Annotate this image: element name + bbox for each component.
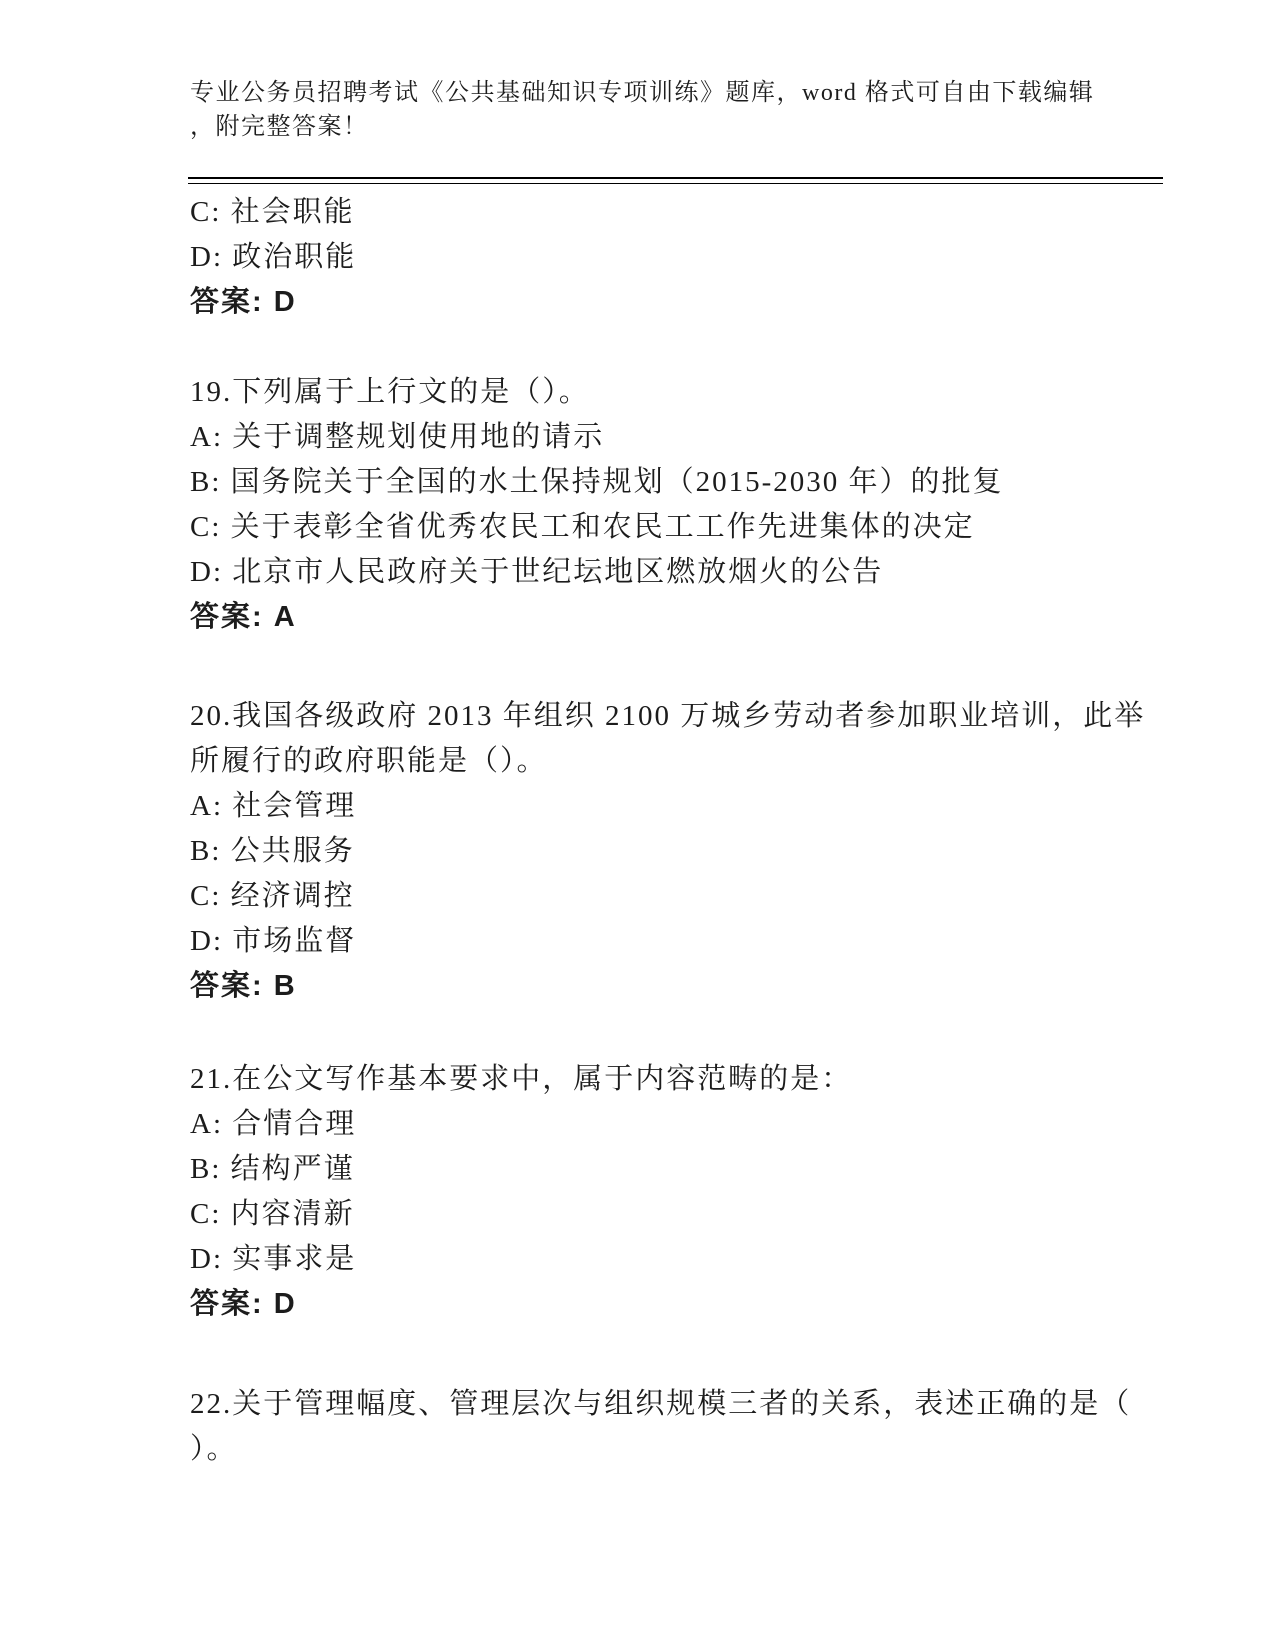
question-19-stem: 19.下列属于上行文的是（）。 [190, 370, 1165, 415]
question-20-stem-line-1: 20.我国各级政府 2013 年组织 2100 万城乡劳动者参加职业培训，此举 [190, 694, 1165, 739]
question-20-option-a: A: 社会管理 [190, 784, 1165, 829]
header-line-2: ，附完整答案！ [190, 110, 1120, 144]
question-19-block: 19.下列属于上行文的是（）。 A: 关于调整规划使用地的请示 B: 国务院关于… [190, 370, 1165, 640]
question-20-stem-line-2: 所履行的政府职能是（）。 [190, 739, 1165, 784]
question-19-option-d: D: 北京市人民政府关于世纪坛地区燃放烟火的公告 [190, 550, 1165, 595]
question-20-block: 20.我国各级政府 2013 年组织 2100 万城乡劳动者参加职业培训，此举 … [190, 694, 1165, 1009]
question-20-answer: 答案: B [190, 964, 1165, 1009]
question-21-option-d: D: 实事求是 [190, 1237, 1165, 1282]
header-divider-rule [188, 177, 1163, 184]
question-21-option-c: C: 内容清新 [190, 1192, 1165, 1237]
question-22-stem-line-1: 22.关于管理幅度、管理层次与组织规模三者的关系，表述正确的是（ [190, 1382, 1165, 1427]
question-22-block: 22.关于管理幅度、管理层次与组织规模三者的关系，表述正确的是（ ）。 [190, 1382, 1165, 1472]
question-20-option-d: D: 市场监督 [190, 919, 1165, 964]
question-21-answer: 答案: D [190, 1282, 1165, 1327]
question-18-tail-block: C: 社会职能 D: 政治职能 答案: D [190, 190, 1165, 325]
question-18-option-d: D: 政治职能 [190, 235, 1165, 280]
question-19-option-c: C: 关于表彰全省优秀农民工和农民工工作先进集体的决定 [190, 505, 1165, 550]
question-21-option-a: A: 合情合理 [190, 1102, 1165, 1147]
question-19-option-a: A: 关于调整规划使用地的请示 [190, 415, 1165, 460]
question-20-option-c: C: 经济调控 [190, 874, 1165, 919]
document-header: 专业公务员招聘考试《公共基础知识专项训练》题库，word 格式可自由下载编辑 ，… [190, 76, 1120, 144]
question-21-block: 21.在公文写作基本要求中，属于内容范畴的是： A: 合情合理 B: 结构严谨 … [190, 1057, 1165, 1327]
question-22-stem-line-2: ）。 [190, 1427, 1165, 1472]
question-21-option-b: B: 结构严谨 [190, 1147, 1165, 1192]
header-line-1: 专业公务员招聘考试《公共基础知识专项训练》题库，word 格式可自由下载编辑 [190, 76, 1120, 110]
question-19-answer: 答案: A [190, 595, 1165, 640]
question-19-option-b: B: 国务院关于全国的水土保持规划（2015-2030 年）的批复 [190, 460, 1165, 505]
question-18-answer: 答案: D [190, 280, 1165, 325]
question-21-stem: 21.在公文写作基本要求中，属于内容范畴的是： [190, 1057, 1165, 1102]
question-18-option-c: C: 社会职能 [190, 190, 1165, 235]
document-page: 专业公务员招聘考试《公共基础知识专项训练》题库，word 格式可自由下载编辑 ，… [0, 0, 1275, 1650]
question-20-option-b: B: 公共服务 [190, 829, 1165, 874]
